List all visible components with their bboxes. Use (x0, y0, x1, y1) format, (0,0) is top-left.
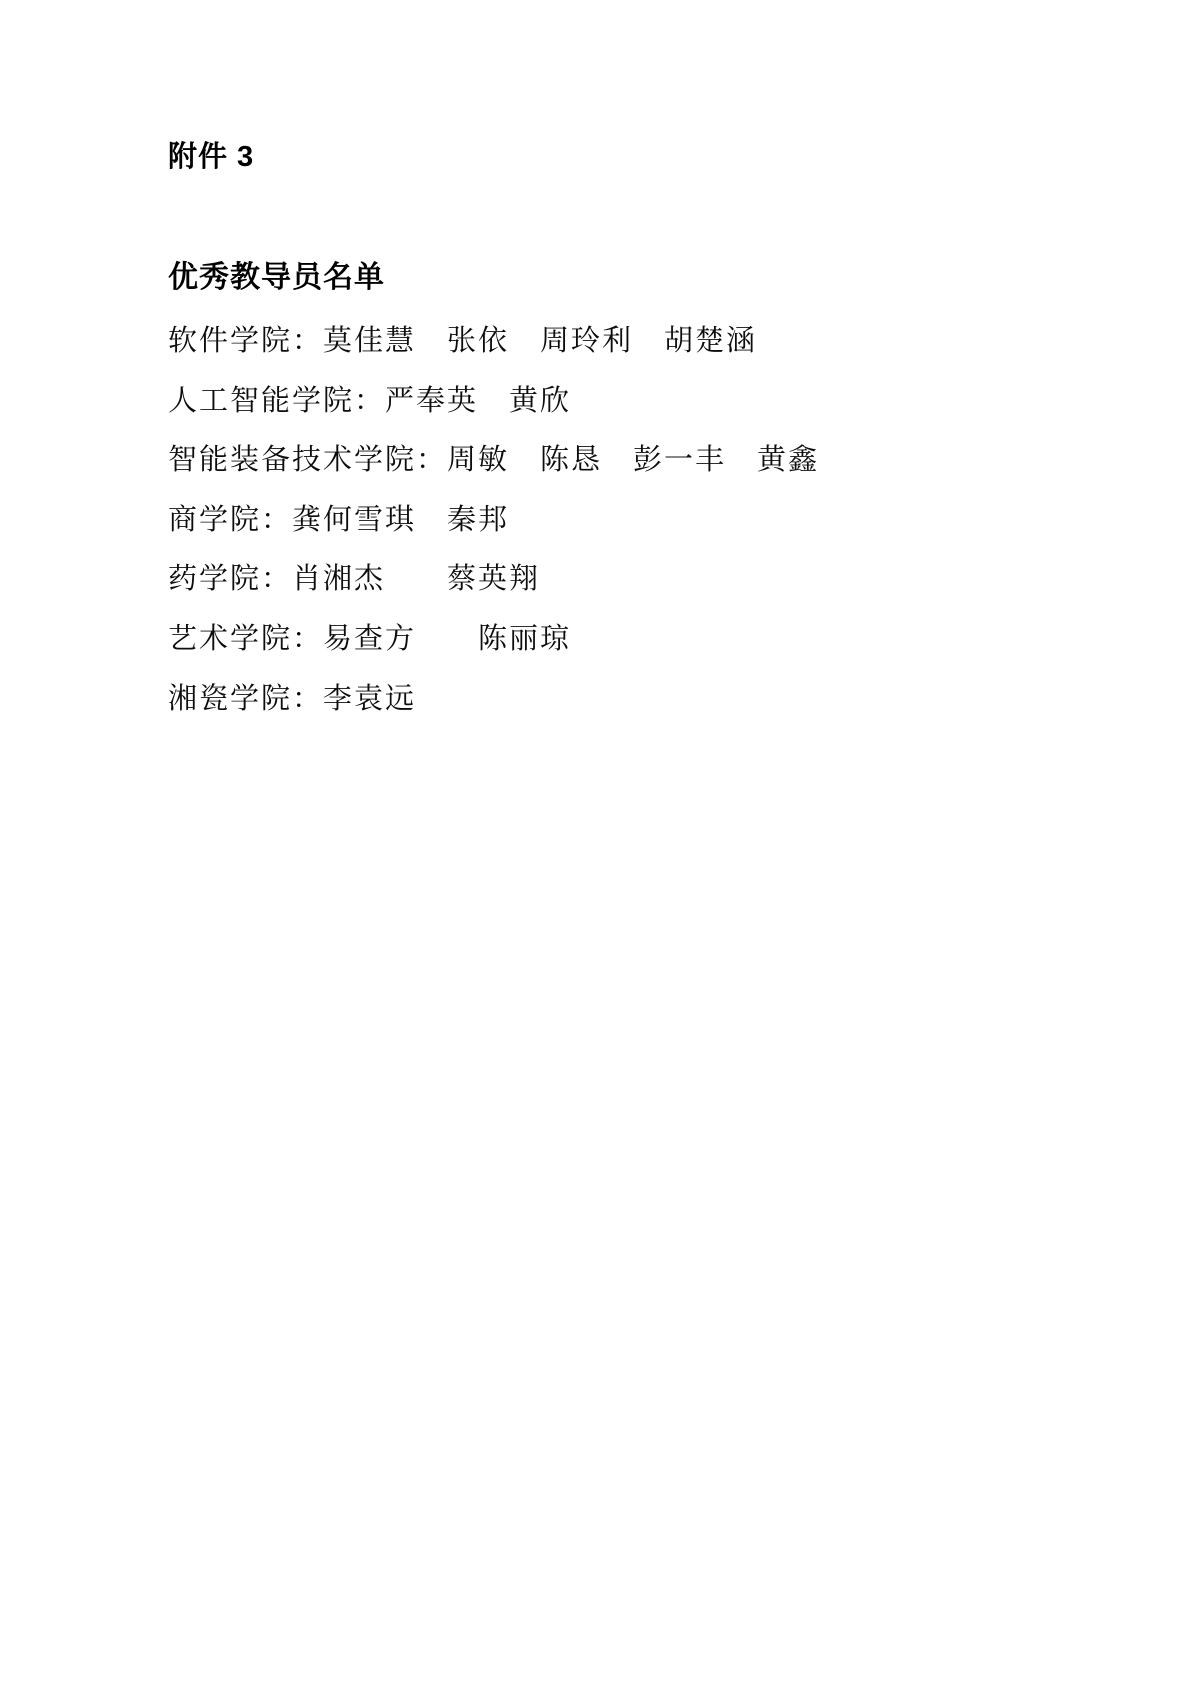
colon-separator: ： (416, 444, 447, 476)
names-text: 严奉英 黄欣 (385, 385, 571, 417)
colon-separator: ： (261, 563, 292, 595)
names-text: 龚何雪琪 秦邦 (292, 504, 509, 536)
college-name: 湘瓷学院 (168, 683, 292, 715)
colon-separator: ： (292, 683, 323, 715)
college-name: 智能装备技术学院 (168, 444, 416, 476)
colon-separator: ： (292, 325, 323, 357)
colon-separator: ： (261, 504, 292, 536)
colon-separator: ： (292, 623, 323, 655)
attachment-label: 附件 3 (168, 138, 254, 176)
names-text: 肖湘杰 蔡英翔 (292, 563, 540, 595)
roster-row: 智能装备技术学院：周敏 陈恳 彭一丰 黄鑫 (168, 431, 1048, 491)
college-name: 药学院 (168, 563, 261, 595)
roster-row: 商学院：龚何雪琪 秦邦 (168, 491, 1048, 551)
college-name: 艺术学院 (168, 623, 292, 655)
names-text: 周敏 陈恳 彭一丰 黄鑫 (447, 444, 819, 476)
college-name: 人工智能学院 (168, 385, 354, 417)
names-text: 莫佳慧 张依 周玲利 胡楚涵 (323, 325, 757, 357)
roster-row: 艺术学院：易查方 陈丽琼 (168, 610, 1048, 670)
document-title: 优秀教导员名单 (168, 258, 385, 298)
names-text: 李袁远 (323, 683, 416, 715)
roster-row: 湘瓷学院：李袁远 (168, 670, 1048, 730)
names-text: 易查方 陈丽琼 (323, 623, 571, 655)
roster-row: 药学院：肖湘杰 蔡英翔 (168, 550, 1048, 610)
roster-row: 软件学院：莫佳慧 张依 周玲利 胡楚涵 (168, 312, 1048, 372)
college-name: 商学院 (168, 504, 261, 536)
roster-row: 人工智能学院：严奉英 黄欣 (168, 372, 1048, 432)
college-name: 软件学院 (168, 325, 292, 357)
colon-separator: ： (354, 385, 385, 417)
document-page: 附件 3 优秀教导员名单 软件学院：莫佳慧 张依 周玲利 胡楚涵人工智能学院：严… (0, 0, 1191, 1684)
roster-list: 软件学院：莫佳慧 张依 周玲利 胡楚涵人工智能学院：严奉英 黄欣智能装备技术学院… (168, 312, 1048, 729)
